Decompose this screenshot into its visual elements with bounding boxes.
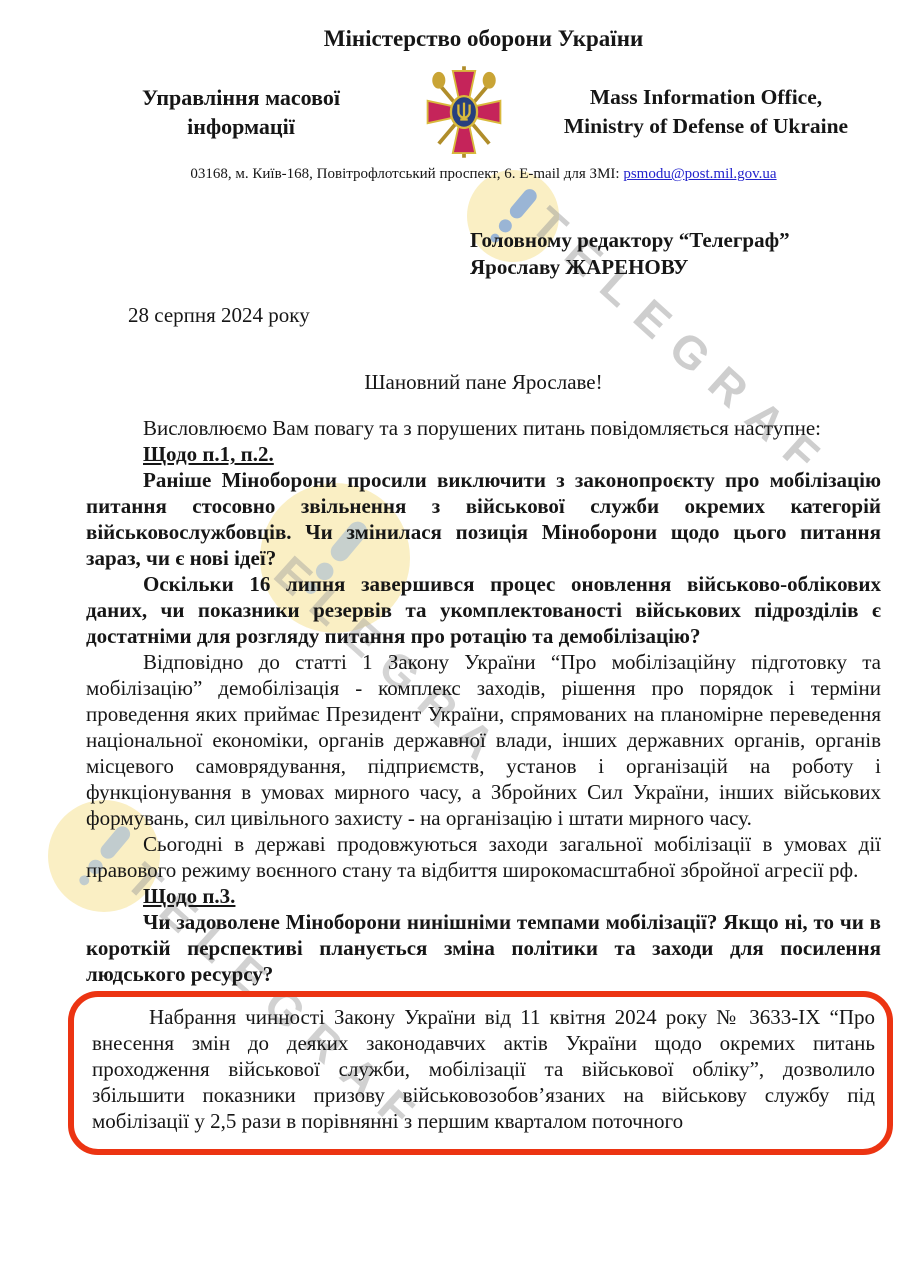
letter-content: Міністерство оборони України Управління … <box>86 26 881 1155</box>
salutation: Шановний пане Ярославе! <box>86 370 881 395</box>
address-text: 03168, м. Київ-168, Повітрофлотський про… <box>190 166 623 182</box>
paragraph-question: Раніше Міноборони просили виключити з за… <box>86 467 881 571</box>
letter-date: 28 серпня 2024 року <box>128 303 881 328</box>
letter-page: TELEGRAF ELEGRA TELEGRAF Міністерство об… <box>0 0 911 1280</box>
ministry-title: Міністерство оборони України <box>86 26 881 52</box>
paragraph-question: Оскільки 16 липня завершився процес онов… <box>86 571 881 649</box>
email-link[interactable]: psmodu@post.mil.gov.ua <box>623 166 776 182</box>
section-heading: Щодо п.1, п.2. <box>86 441 881 467</box>
office-name-ukrainian: Управління масової інформації <box>86 83 396 141</box>
emblem-container <box>396 64 531 160</box>
paragraph-highlighted: Набрання чинності Закону України від 11 … <box>92 1004 875 1134</box>
recipient-block: Головному редактору “Телеграф” Ярославу … <box>470 227 881 281</box>
office-uk-line2: інформації <box>86 112 396 141</box>
ministry-emblem-icon <box>422 64 506 160</box>
address-line: 03168, м. Київ-168, Повітрофлотський про… <box>86 166 881 183</box>
section-heading: Щодо п.3. <box>86 883 881 909</box>
office-en-line1: Mass Information Office, <box>531 83 881 112</box>
office-name-english: Mass Information Office, Ministry of Def… <box>531 83 881 141</box>
paragraph: Відповідно до статті 1 Закону України “П… <box>86 649 881 831</box>
letter-body: Висловлюємо Вам повагу та з порушених пи… <box>86 415 881 1155</box>
office-uk-line1: Управління масової <box>86 83 396 112</box>
recipient-title: Головному редактору “Телеграф” <box>470 227 881 254</box>
recipient-name: Ярославу ЖАРЕНОВУ <box>470 254 881 281</box>
paragraph-question: Чи задоволене Міноборони нинішніми темпа… <box>86 909 881 987</box>
paragraph: Сьогодні в державі продовжуються заходи … <box>86 831 881 883</box>
paragraph: Висловлюємо Вам повагу та з порушених пи… <box>86 415 881 441</box>
letterhead: Управління масової інформації <box>86 64 881 160</box>
highlight-box: Набрання чинності Закону України від 11 … <box>68 991 893 1155</box>
office-en-line2: Ministry of Defense of Ukraine <box>531 112 881 141</box>
